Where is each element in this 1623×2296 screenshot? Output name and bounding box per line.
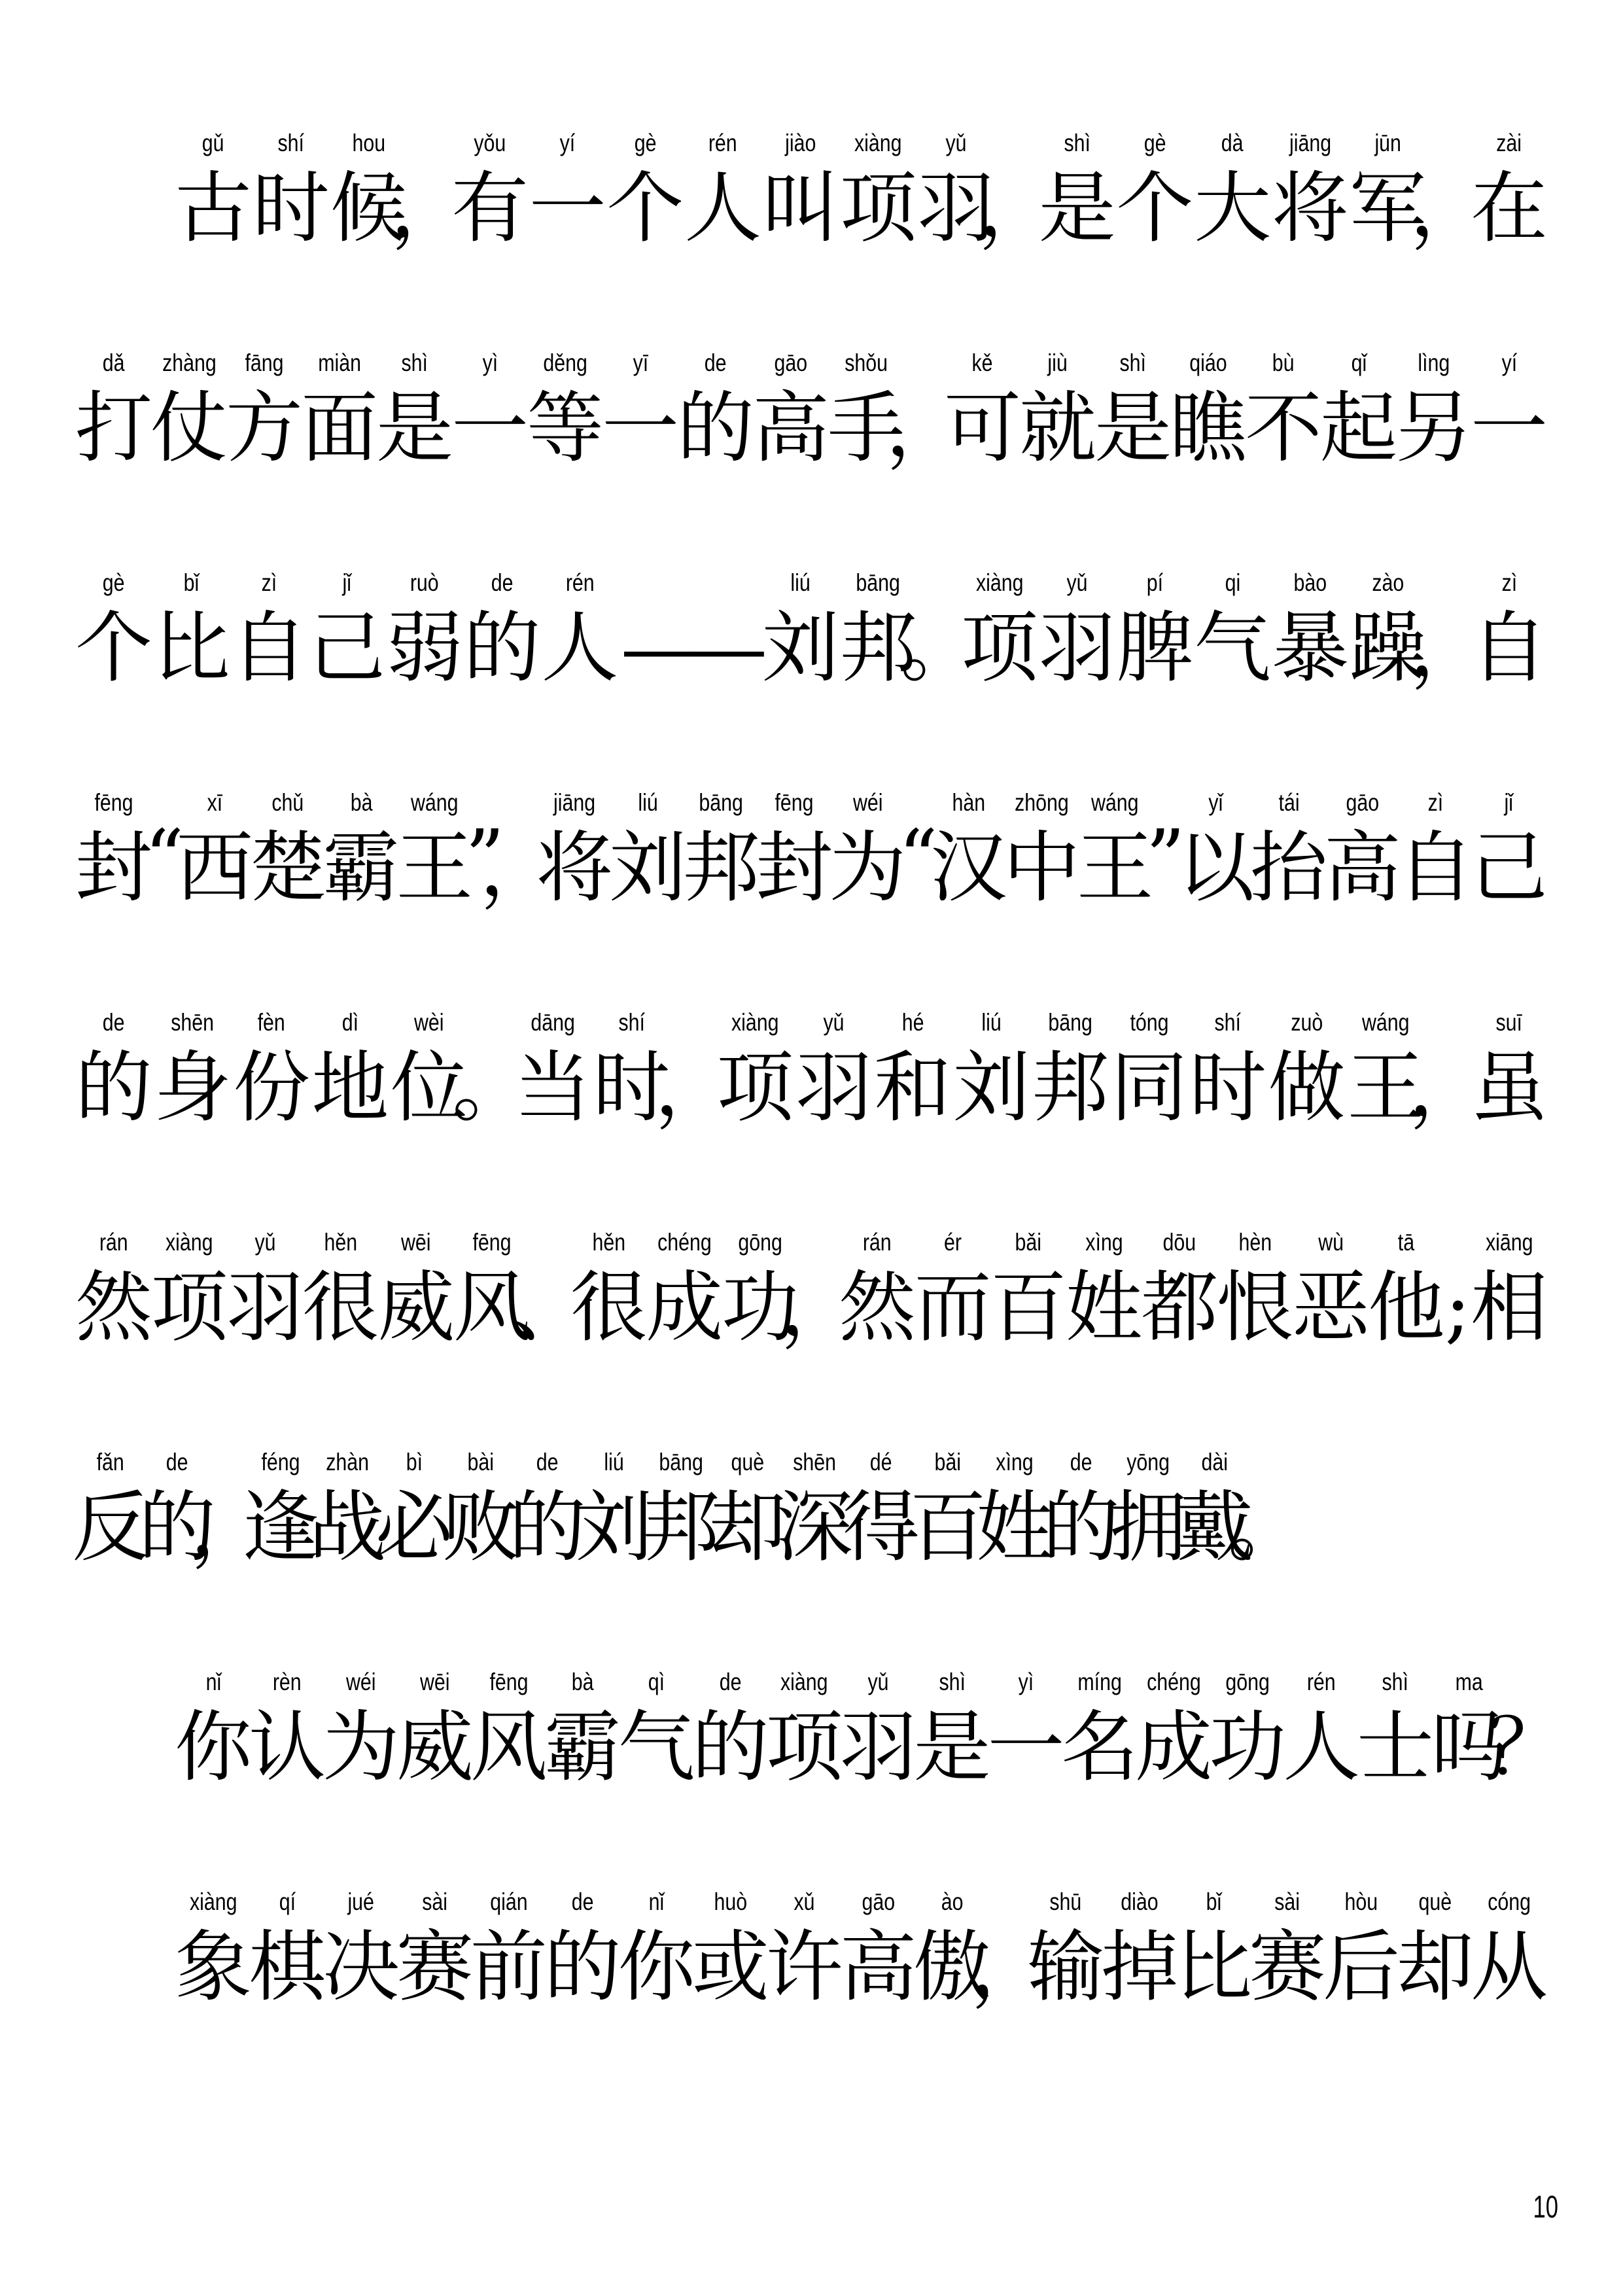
pinyin-annotation: yǔ bbox=[1067, 564, 1088, 599]
ruby-cell: míng 名 bbox=[1063, 1663, 1136, 1797]
ruby-cell: gè 个 bbox=[1118, 124, 1191, 258]
ruby-cell: gāo 高 bbox=[1326, 784, 1399, 917]
pinyin-annotation: bǎi bbox=[1015, 1224, 1042, 1259]
hanzi-character: 。 bbox=[1228, 1479, 1305, 1577]
pinyin-annotation: yí bbox=[560, 124, 576, 160]
pinyin-annotation: féng bbox=[261, 1443, 300, 1479]
hanzi-character: 前 bbox=[470, 1918, 548, 2017]
pinyin-annotation: gǔ bbox=[202, 124, 224, 160]
hanzi-character: 逢 bbox=[242, 1479, 319, 1577]
ruby-cell: liú 刘 bbox=[581, 1443, 648, 1577]
hanzi-character: 一 bbox=[451, 380, 529, 478]
hanzi-character: 起 bbox=[1320, 380, 1397, 478]
pinyin-annotation: dà bbox=[1221, 124, 1244, 160]
pinyin-annotation: wáng bbox=[411, 784, 459, 819]
pinyin-annotation: qí bbox=[279, 1883, 295, 1918]
hanzi-character: 是 bbox=[376, 380, 453, 478]
ruby-cell: tā 他 bbox=[1370, 1224, 1443, 1357]
hanzi-character: 输 bbox=[1027, 1918, 1104, 2017]
hanzi-character: 等 bbox=[527, 380, 604, 478]
pinyin-annotation: ér bbox=[944, 1224, 962, 1259]
pinyin-annotation: cóng bbox=[1488, 1883, 1531, 1918]
ruby-cell: zuò 做 bbox=[1270, 1004, 1344, 1137]
pinyin-annotation: yī bbox=[633, 344, 648, 380]
text-line: nǐ 你 rèn 认 wéi 为 wēi 威 fēng 风 bà 霸 qì 气 … bbox=[77, 1663, 1546, 1797]
hanzi-character: 百 bbox=[909, 1479, 986, 1577]
ruby-cell: què 却 bbox=[1399, 1883, 1472, 2017]
hanzi-character: 时 bbox=[253, 160, 330, 258]
pinyin-annotation: wēi bbox=[401, 1224, 431, 1259]
hanzi-character: 百 bbox=[990, 1259, 1067, 1357]
ruby-cell: xiāng 相 bbox=[1473, 1224, 1546, 1357]
pinyin-annotation: kě bbox=[972, 344, 993, 380]
pinyin-annotation: yí bbox=[1501, 344, 1517, 380]
hanzi-character: 后 bbox=[1323, 1918, 1400, 2017]
pinyin-annotation: bāng bbox=[856, 564, 900, 599]
hanzi-character: 然 bbox=[75, 1259, 152, 1357]
ruby-cell: zhàn 战 bbox=[314, 1443, 381, 1577]
hanzi-character: 士 bbox=[1357, 1699, 1434, 1797]
ruby-cell: shì 士 bbox=[1359, 1663, 1432, 1797]
ruby-cell: zì 自 bbox=[1473, 564, 1546, 698]
hanzi-character: 深 bbox=[776, 1479, 853, 1577]
pinyin-annotation: shēn bbox=[793, 1443, 836, 1479]
hanzi-character: 气 bbox=[618, 1699, 695, 1797]
ruby-cell: jiāng 将 bbox=[538, 784, 611, 917]
hanzi-character: 封 bbox=[75, 819, 152, 917]
pinyin-annotation: bāng bbox=[1048, 1004, 1092, 1039]
hanzi-character: 却 bbox=[1397, 1918, 1474, 2017]
hanzi-character: 身 bbox=[154, 1039, 231, 1137]
pinyin-annotation: pí bbox=[1147, 564, 1163, 599]
pinyin-annotation: què bbox=[1419, 1883, 1452, 1918]
ruby-cell: zì 自 bbox=[1399, 784, 1473, 917]
pinyin-annotation: zì bbox=[262, 564, 277, 599]
ruby-cell: yí 一 bbox=[531, 124, 604, 258]
ruby-cell: ér 而 bbox=[916, 1224, 990, 1357]
hanzi-character: 拥 bbox=[1109, 1479, 1187, 1577]
ruby-cell: dāng 当 bbox=[516, 1004, 589, 1137]
pinyin-annotation: dé bbox=[870, 1443, 892, 1479]
ruby-cell: qi 气 bbox=[1196, 564, 1269, 698]
ruby-cell: liú 刘 bbox=[955, 1004, 1028, 1137]
ruby-cell: yǐ 以 bbox=[1179, 784, 1253, 917]
pinyin-annotation: yǔ bbox=[824, 1004, 845, 1039]
ruby-cell: de 的 bbox=[694, 1663, 767, 1797]
pinyin-annotation: zì bbox=[1428, 784, 1444, 819]
hanzi-character: 羽 bbox=[839, 1699, 916, 1797]
ruby-cell: bà 霸 bbox=[324, 784, 398, 917]
ruby-cell: yì 一 bbox=[453, 344, 527, 478]
hanzi-character: 高 bbox=[1324, 819, 1401, 917]
ruby-cell: shì 是 bbox=[915, 1663, 988, 1797]
pinyin-annotation: xiàng bbox=[190, 1883, 237, 1918]
pinyin-annotation: míng bbox=[1078, 1663, 1122, 1699]
ruby-cell: rén 人 bbox=[686, 124, 759, 258]
pinyin-annotation: xiàng bbox=[854, 124, 902, 160]
ruby-cell: ？ bbox=[1507, 1663, 1546, 1797]
page-number: 10 bbox=[1533, 2189, 1558, 2225]
ruby-cell: ， bbox=[1429, 124, 1468, 258]
hanzi-character: 可 bbox=[944, 380, 1021, 478]
hanzi-character: 当 bbox=[514, 1039, 591, 1137]
ruby-cell: de 的 bbox=[1048, 1443, 1115, 1577]
hanzi-character: 必 bbox=[375, 1479, 453, 1577]
pinyin-annotation: xī bbox=[207, 784, 222, 819]
ruby-cell: hèn 恨 bbox=[1219, 1224, 1292, 1357]
pinyin-annotation: xiàng bbox=[976, 564, 1024, 599]
ruby-cell: wáng 王 bbox=[398, 784, 471, 917]
hanzi-character: 邦 bbox=[642, 1479, 720, 1577]
pinyin-annotation: wéi bbox=[346, 1663, 376, 1699]
hanzi-character: 刘 bbox=[953, 1039, 1030, 1137]
ruby-cell: shí 时 bbox=[254, 124, 328, 258]
hanzi-character: 姓 bbox=[1066, 1259, 1143, 1357]
hanzi-character: 面 bbox=[301, 380, 378, 478]
pinyin-annotation: rèn bbox=[273, 1663, 302, 1699]
hanzi-character: 个 bbox=[1116, 160, 1193, 258]
pinyin-annotation: de bbox=[572, 1883, 594, 1918]
ruby-cell: jiāng 将 bbox=[1274, 124, 1347, 258]
hanzi-character: 威 bbox=[396, 1699, 474, 1797]
ruby-cell: xiàng 项 bbox=[963, 564, 1036, 698]
pinyin-annotation: hèn bbox=[1238, 1224, 1272, 1259]
pinyin-annotation: de bbox=[705, 344, 727, 380]
pinyin-annotation: de bbox=[1070, 1443, 1092, 1479]
pinyin-annotation: tái bbox=[1279, 784, 1300, 819]
ruby-cell: bāng 邦 bbox=[1034, 1004, 1107, 1137]
pinyin-annotation: bāng bbox=[699, 784, 743, 819]
ruby-cell: 。 bbox=[919, 564, 958, 698]
pinyin-annotation: jiào bbox=[785, 124, 816, 160]
pinyin-annotation: nǐ bbox=[649, 1883, 665, 1918]
hanzi-character: 封 bbox=[756, 819, 833, 917]
text-line: fēng 封 “ xī 西 chǔ 楚 bà 霸 wáng 王 ” ， jiān… bbox=[77, 784, 1546, 917]
pinyin-annotation: diào bbox=[1121, 1883, 1158, 1918]
ruby-cell: huò 或 bbox=[694, 1883, 767, 2017]
ruby-cell: yì 一 bbox=[989, 1663, 1062, 1797]
pinyin-annotation: hěn bbox=[324, 1224, 357, 1259]
pinyin-annotation: xiāng bbox=[1486, 1224, 1533, 1259]
ruby-cell: jiào 叫 bbox=[764, 124, 837, 258]
hanzi-character: 个 bbox=[75, 599, 152, 698]
pinyin-annotation: xiàng bbox=[731, 1004, 779, 1039]
pinyin-annotation: liú bbox=[791, 564, 811, 599]
hanzi-character: 战 bbox=[309, 1479, 386, 1577]
pinyin-annotation: suī bbox=[1496, 1004, 1522, 1039]
ruby-cell: wēi 威 bbox=[379, 1224, 453, 1357]
hanzi-character: 的 bbox=[544, 1918, 621, 2017]
hanzi-character: 相 bbox=[1471, 1259, 1548, 1357]
pinyin-annotation: dǎ bbox=[103, 344, 125, 380]
hanzi-character: 地 bbox=[311, 1039, 389, 1137]
hanzi-character: 己 bbox=[308, 599, 385, 698]
ruby-cell: hàn 汉 bbox=[932, 784, 1005, 917]
ruby-cell: bài 败 bbox=[447, 1443, 514, 1577]
hanzi-character: 做 bbox=[1268, 1039, 1346, 1137]
pinyin-annotation: wèi bbox=[414, 1004, 444, 1039]
hanzi-character: 中 bbox=[1003, 819, 1080, 917]
ruby-cell: zài 在 bbox=[1473, 124, 1546, 258]
text-line: rán 然 xiàng 项 yǔ 羽 hěn 很 wēi 威 fēng 风 、 … bbox=[77, 1224, 1546, 1357]
ruby-cell: xī 西 bbox=[178, 784, 251, 917]
pinyin-annotation: gāo bbox=[775, 344, 808, 380]
pinyin-annotation: gè bbox=[634, 124, 656, 160]
ruby-cell: chéng 成 bbox=[1137, 1663, 1210, 1797]
ruby-cell: wēi 威 bbox=[398, 1663, 472, 1797]
ruby-cell: liú 刘 bbox=[611, 784, 684, 917]
pinyin-annotation: gè bbox=[1143, 124, 1166, 160]
pinyin-annotation: yōng bbox=[1126, 1443, 1170, 1479]
pinyin-annotation: wēi bbox=[420, 1663, 450, 1699]
pinyin-annotation: wù bbox=[1318, 1224, 1344, 1259]
pinyin-annotation: bāng bbox=[659, 1443, 703, 1479]
pinyin-annotation: tā bbox=[1398, 1224, 1414, 1259]
ruby-cell: yǔ 羽 bbox=[228, 1224, 302, 1357]
ruby-cell: tóng 同 bbox=[1113, 1004, 1186, 1137]
hanzi-character: 羽 bbox=[226, 1259, 304, 1357]
ruby-cell: xǔ 许 bbox=[768, 1883, 841, 2017]
hanzi-character: 方 bbox=[226, 380, 303, 478]
ruby-cell: fèn 份 bbox=[235, 1004, 308, 1137]
hanzi-character: 邦 bbox=[1032, 1039, 1109, 1137]
hanzi-character: 脾 bbox=[1116, 599, 1193, 698]
hanzi-character: 名 bbox=[1061, 1699, 1138, 1797]
hanzi-character: 就 bbox=[1019, 380, 1096, 478]
pinyin-annotation: xǔ bbox=[794, 1883, 814, 1918]
ruby-cell: dé 得 bbox=[848, 1443, 915, 1577]
pinyin-annotation: wéi bbox=[853, 784, 883, 819]
ruby-cell: ， bbox=[799, 1224, 838, 1357]
pinyin-annotation: gōng bbox=[738, 1224, 782, 1259]
pinyin-annotation: yǔ bbox=[945, 124, 966, 160]
pinyin-annotation: bǐ bbox=[184, 564, 200, 599]
hanzi-character: 人 bbox=[1283, 1699, 1360, 1797]
pinyin-annotation: chǔ bbox=[272, 784, 304, 819]
pinyin-annotation: liú bbox=[604, 1443, 624, 1479]
hanzi-character: 很 bbox=[302, 1259, 379, 1357]
hanzi-character: 赛 bbox=[396, 1918, 474, 2017]
ruby-cell: zhàng 仗 bbox=[152, 344, 226, 478]
ruby-cell: ， bbox=[905, 344, 944, 478]
ruby-cell: tái 抬 bbox=[1253, 784, 1326, 917]
pinyin-annotation: shì bbox=[402, 344, 428, 380]
pinyin-annotation: de bbox=[720, 1663, 742, 1699]
ruby-cell: yǒu 有 bbox=[453, 124, 527, 258]
hanzi-character: 叫 bbox=[762, 160, 839, 258]
ruby-cell: dōu 都 bbox=[1143, 1224, 1216, 1357]
ruby-cell: bāng 邦 bbox=[648, 1443, 714, 1577]
ruby-cell: gǔ 古 bbox=[177, 124, 250, 258]
text-line: gǔ 古 shí 时 hou 候 ， yǒu 有 yí 一 gè 个 rén 人… bbox=[77, 124, 1546, 258]
hanzi-character: 气 bbox=[1194, 599, 1271, 698]
ruby-cell: wáng 王 bbox=[1079, 784, 1152, 917]
ruby-cell: xiàng 项 bbox=[718, 1004, 792, 1137]
ruby-cell: —— bbox=[621, 564, 759, 698]
ruby-cell: hěn 很 bbox=[572, 1224, 646, 1357]
hanzi-character: 将 bbox=[1272, 160, 1349, 258]
hanzi-character: 项 bbox=[151, 1259, 228, 1357]
ruby-cell: ， bbox=[989, 1883, 1028, 2017]
pinyin-annotation: yǐ bbox=[1209, 784, 1223, 819]
ruby-cell: ， bbox=[498, 784, 538, 917]
hanzi-character: ; bbox=[1445, 1259, 1471, 1357]
pinyin-annotation: tóng bbox=[1130, 1004, 1168, 1039]
hanzi-character: 瞧 bbox=[1170, 380, 1247, 478]
hanzi-character: 大 bbox=[1194, 160, 1271, 258]
hanzi-character: 很 bbox=[570, 1259, 648, 1357]
ruby-cell: xiàng 项 bbox=[153, 1224, 226, 1357]
pinyin-annotation: fēng bbox=[94, 784, 133, 819]
ruby-cell: fēng 风 bbox=[472, 1663, 546, 1797]
pinyin-annotation: dì bbox=[342, 1004, 358, 1039]
ruby-cell: suī 虽 bbox=[1473, 1004, 1546, 1137]
pinyin-annotation: bào bbox=[1293, 564, 1327, 599]
ruby-cell: bì 必 bbox=[381, 1443, 447, 1577]
hanzi-character: 认 bbox=[249, 1699, 326, 1797]
ruby-cell: wù 恶 bbox=[1294, 1224, 1367, 1357]
pinyin-annotation: lìng bbox=[1418, 344, 1450, 380]
hanzi-character: 一 bbox=[529, 160, 606, 258]
ruby-cell: rèn 认 bbox=[251, 1663, 324, 1797]
hanzi-character: 己 bbox=[1471, 819, 1548, 917]
ruby-cell: hòu 后 bbox=[1325, 1883, 1398, 2017]
ruby-cell: qí 棋 bbox=[251, 1883, 324, 2017]
pinyin-annotation: qì bbox=[648, 1663, 665, 1699]
hanzi-character: 虽 bbox=[1471, 1039, 1548, 1137]
ruby-cell: qián 前 bbox=[472, 1883, 546, 2017]
hanzi-character: 姓 bbox=[976, 1479, 1053, 1577]
pinyin-annotation: liú bbox=[981, 1004, 1001, 1039]
hanzi-character: 邦 bbox=[682, 819, 759, 917]
hanzi-character: 项 bbox=[839, 160, 916, 258]
hanzi-character: 却 bbox=[709, 1479, 786, 1577]
hanzi-character: 自 bbox=[1397, 819, 1475, 917]
pinyin-annotation: zài bbox=[1497, 124, 1522, 160]
ruby-cell: rén 人 bbox=[1285, 1663, 1358, 1797]
pinyin-annotation: liú bbox=[638, 784, 657, 819]
ruby-cell: qǐ 起 bbox=[1322, 344, 1395, 478]
hanzi-character: 风 bbox=[470, 1699, 548, 1797]
pinyin-annotation: ruò bbox=[410, 564, 439, 599]
hanzi-character: 为 bbox=[829, 819, 906, 917]
hanzi-character: 自 bbox=[230, 599, 307, 698]
hanzi-character: 份 bbox=[233, 1039, 310, 1137]
hanzi-character: 一 bbox=[602, 380, 679, 478]
text-line: de 的 shēn 身 fèn 份 dì 地 wèi 位 。 dāng 当 sh… bbox=[77, 1004, 1546, 1137]
pinyin-annotation: jué bbox=[348, 1883, 375, 1918]
ruby-cell: ， bbox=[674, 1004, 713, 1137]
pinyin-annotation: hàn bbox=[952, 784, 985, 819]
pinyin-annotation: shì bbox=[939, 1663, 965, 1699]
hanzi-character: 成 bbox=[1135, 1699, 1212, 1797]
hanzi-character: 他 bbox=[1368, 1259, 1445, 1357]
hanzi-character: 而 bbox=[915, 1259, 992, 1357]
text-line: gè 个 bǐ 比 zì 自 jǐ 己 ruò 弱 de 的 rén 人 —— … bbox=[77, 564, 1546, 698]
pinyin-annotation: jiāng bbox=[553, 784, 595, 819]
hanzi-character: 你 bbox=[618, 1918, 695, 2017]
ruby-cell: gāo 高 bbox=[841, 1883, 915, 2017]
ruby-cell: jué 决 bbox=[324, 1883, 398, 2017]
ruby-cell: de 的 bbox=[514, 1443, 581, 1577]
pinyin-annotation: qián bbox=[490, 1883, 527, 1918]
pinyin-annotation: de bbox=[103, 1004, 125, 1039]
ruby-cell: bà 霸 bbox=[546, 1663, 620, 1797]
ruby-cell: shēn 身 bbox=[156, 1004, 229, 1137]
text-line: dǎ 打 zhàng 仗 fāng 方 miàn 面 shì 是 yì 一 dě… bbox=[77, 344, 1546, 478]
hanzi-character: 的 bbox=[677, 380, 754, 478]
hanzi-character: 高 bbox=[752, 380, 829, 478]
hanzi-character: 同 bbox=[1111, 1039, 1188, 1137]
pinyin-annotation: yǔ bbox=[254, 1224, 275, 1259]
hanzi-character: 的 bbox=[692, 1699, 769, 1797]
pinyin-annotation: bǐ bbox=[1206, 1883, 1221, 1918]
hanzi-character: 西 bbox=[176, 819, 253, 917]
ruby-cell: kě 可 bbox=[946, 344, 1019, 478]
hanzi-character: 从 bbox=[1471, 1918, 1548, 2017]
ruby-cell: chǔ 楚 bbox=[251, 784, 324, 917]
pinyin-annotation: rán bbox=[863, 1224, 892, 1259]
ruby-cell: sài 赛 bbox=[1251, 1883, 1324, 2017]
ruby-cell: pí 脾 bbox=[1118, 564, 1191, 698]
ruby-cell: yǔ 羽 bbox=[797, 1004, 871, 1137]
ruby-cell: fāng 方 bbox=[228, 344, 301, 478]
pinyin-annotation: dōu bbox=[1163, 1224, 1196, 1259]
ruby-cell: fēng 封 bbox=[758, 784, 831, 917]
hanzi-character: 打 bbox=[75, 380, 152, 478]
hanzi-character: 自 bbox=[1471, 599, 1548, 698]
document-page: gǔ 古 shí 时 hou 候 ， yǒu 有 yí 一 gè 个 rén 人… bbox=[0, 0, 1623, 2296]
hanzi-character: 抬 bbox=[1251, 819, 1328, 917]
hanzi-character: 汉 bbox=[930, 819, 1007, 917]
ruby-cell: de 的 bbox=[466, 564, 539, 698]
pinyin-annotation: hěn bbox=[593, 1224, 626, 1259]
hanzi-character: 项 bbox=[716, 1039, 794, 1137]
ruby-cell: shì 是 bbox=[1096, 344, 1170, 478]
ruby-cell: dì 地 bbox=[313, 1004, 387, 1137]
ruby-cell: de 的 bbox=[679, 344, 752, 478]
hanzi-character: 或 bbox=[692, 1918, 769, 2017]
pinyin-annotation: de bbox=[536, 1443, 559, 1479]
pinyin-annotation: ma bbox=[1456, 1663, 1483, 1699]
hanzi-character: 霸 bbox=[323, 819, 400, 917]
pinyin-annotation: miàn bbox=[318, 344, 361, 380]
pinyin-annotation: què bbox=[731, 1443, 765, 1479]
hanzi-character: 项 bbox=[766, 1699, 843, 1797]
hanzi-character: 刘 bbox=[576, 1479, 653, 1577]
ruby-cell: cóng 从 bbox=[1473, 1883, 1546, 2017]
pinyin-annotation: rén bbox=[1307, 1663, 1336, 1699]
hanzi-character: —— bbox=[621, 599, 759, 698]
pinyin-annotation: rén bbox=[708, 124, 737, 160]
hanzi-character: 的 bbox=[464, 599, 541, 698]
pinyin-annotation: fǎn bbox=[97, 1443, 124, 1479]
ruby-cell: fǎn 反 bbox=[77, 1443, 144, 1577]
ruby-cell: zì 自 bbox=[232, 564, 305, 698]
ruby-cell: dà 大 bbox=[1196, 124, 1269, 258]
pinyin-annotation: wáng bbox=[1362, 1004, 1410, 1039]
pinyin-annotation: shǒu bbox=[845, 344, 888, 380]
ruby-cell: lìng 另 bbox=[1397, 344, 1471, 478]
pinyin-annotation: jūn bbox=[1374, 124, 1401, 160]
hanzi-character: 反 bbox=[72, 1479, 149, 1577]
ruby-cell: de 的 bbox=[546, 1883, 620, 2017]
pinyin-annotation: yì bbox=[1019, 1663, 1034, 1699]
ruby-cell: 。 bbox=[471, 1004, 510, 1137]
ruby-cell: rén 人 bbox=[543, 564, 616, 698]
ruby-cell: nǐ 你 bbox=[177, 1663, 250, 1797]
ruby-cell: bǐ 比 bbox=[155, 564, 228, 698]
